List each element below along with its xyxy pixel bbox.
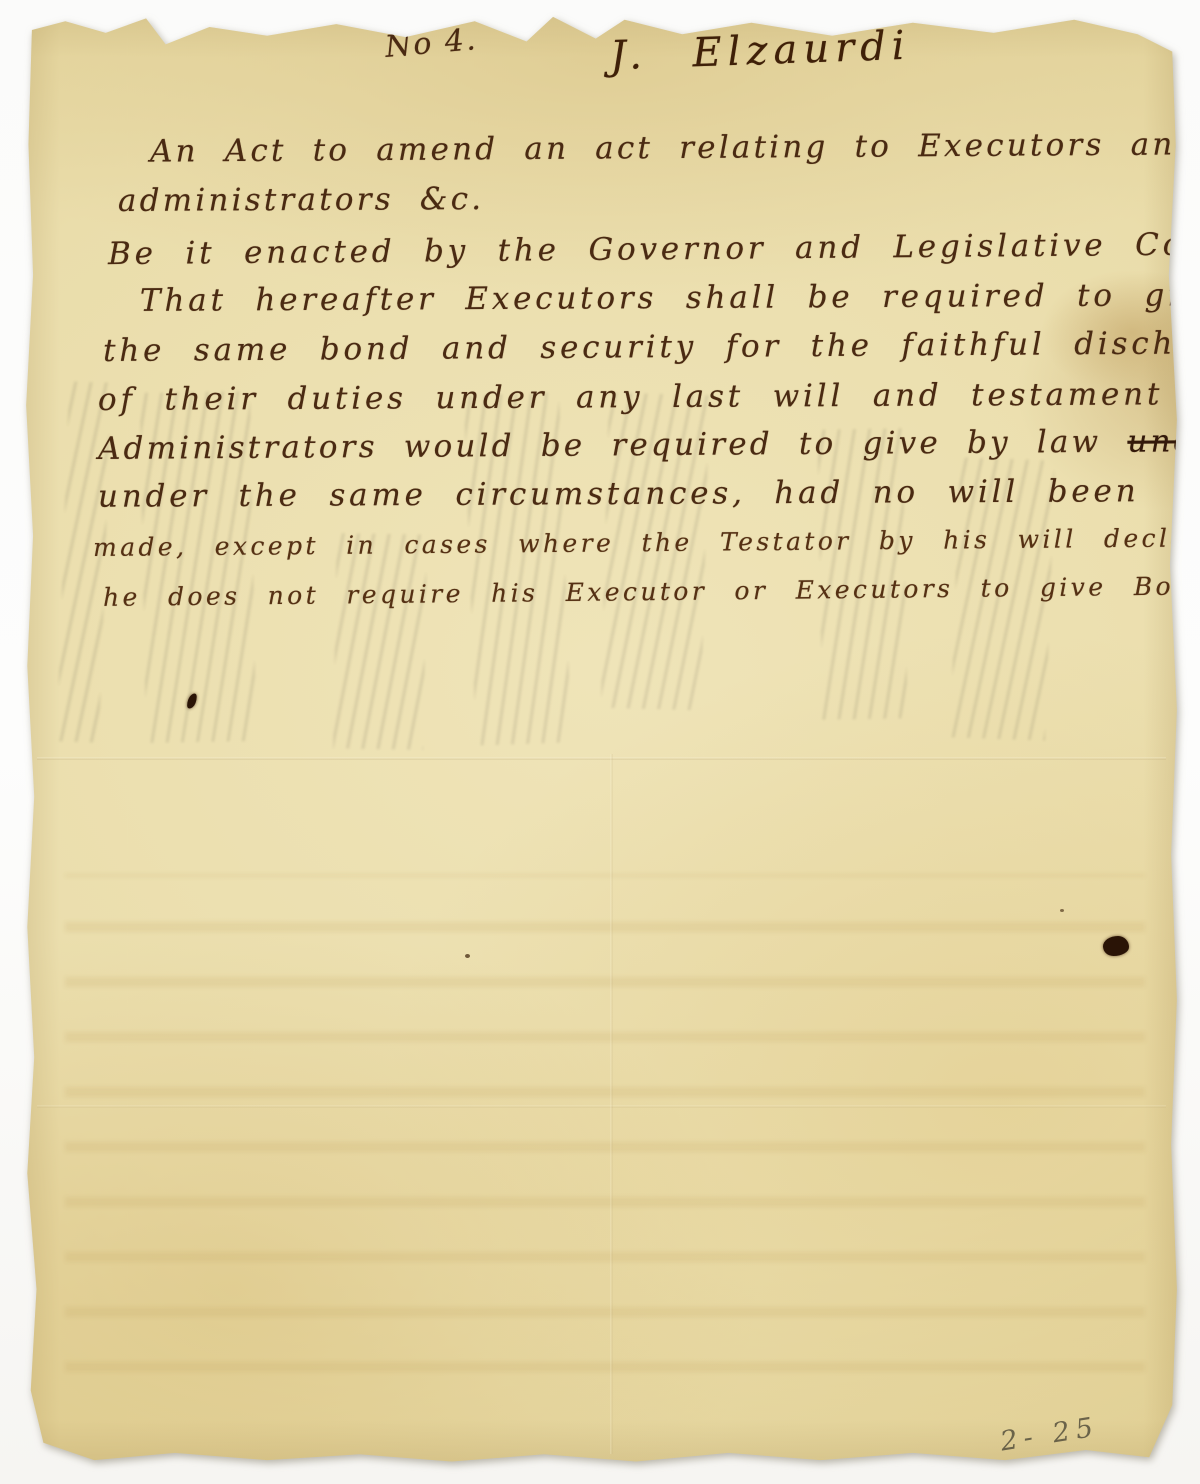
strikethrough-word: und—: [1127, 423, 1200, 460]
scan-surface: No 4. J. Elzaurdi An Act to amend an act…: [0, 0, 1200, 1484]
manuscript-line: of their duties under any last will and …: [98, 376, 1200, 418]
paper-shadow: No 4. J. Elzaurdi An Act to amend an act…: [25, 14, 1178, 1463]
manuscript-line: Administrators would be required to give…: [98, 423, 1200, 467]
ghost-bleedthrough-rows: [65, 874, 1145, 1404]
manuscript-line: the same bond and security for the faith…: [103, 325, 1200, 369]
manuscript-line: he does not require his Executor or Exec…: [103, 571, 1200, 612]
doc-number: No 4.: [384, 22, 479, 65]
crease-line: [37, 1105, 1167, 1108]
pencil-page-note: 2- 25: [998, 1411, 1101, 1457]
ink-speck: [465, 954, 470, 958]
manuscript-line-text: Administrators would be required to give…: [98, 424, 1102, 467]
signature: J. Elzaurdi: [609, 23, 911, 79]
ink-speck: [1060, 909, 1064, 912]
ink-blot: [1103, 936, 1129, 956]
manuscript-line: That hereafter Executors shall be requir…: [140, 277, 1200, 319]
ghost-bleedthrough: [333, 533, 427, 750]
manuscript-line: administrators &c.: [118, 181, 484, 219]
manuscript-line: An Act to amend an act relating to Execu…: [150, 126, 1199, 169]
manuscript-paper: No 4. J. Elzaurdi An Act to amend an act…: [25, 14, 1178, 1463]
manuscript-line: Be it enacted by the Governor and Legisl…: [108, 226, 1200, 272]
crease-line-vertical: [610, 754, 613, 1454]
ink-blot: [186, 692, 199, 710]
manuscript-line: made, except in cases where the Testator…: [93, 523, 1200, 562]
manuscript-line: under the same circumstances, had no wil…: [98, 473, 1140, 514]
crease-line: [37, 757, 1167, 760]
